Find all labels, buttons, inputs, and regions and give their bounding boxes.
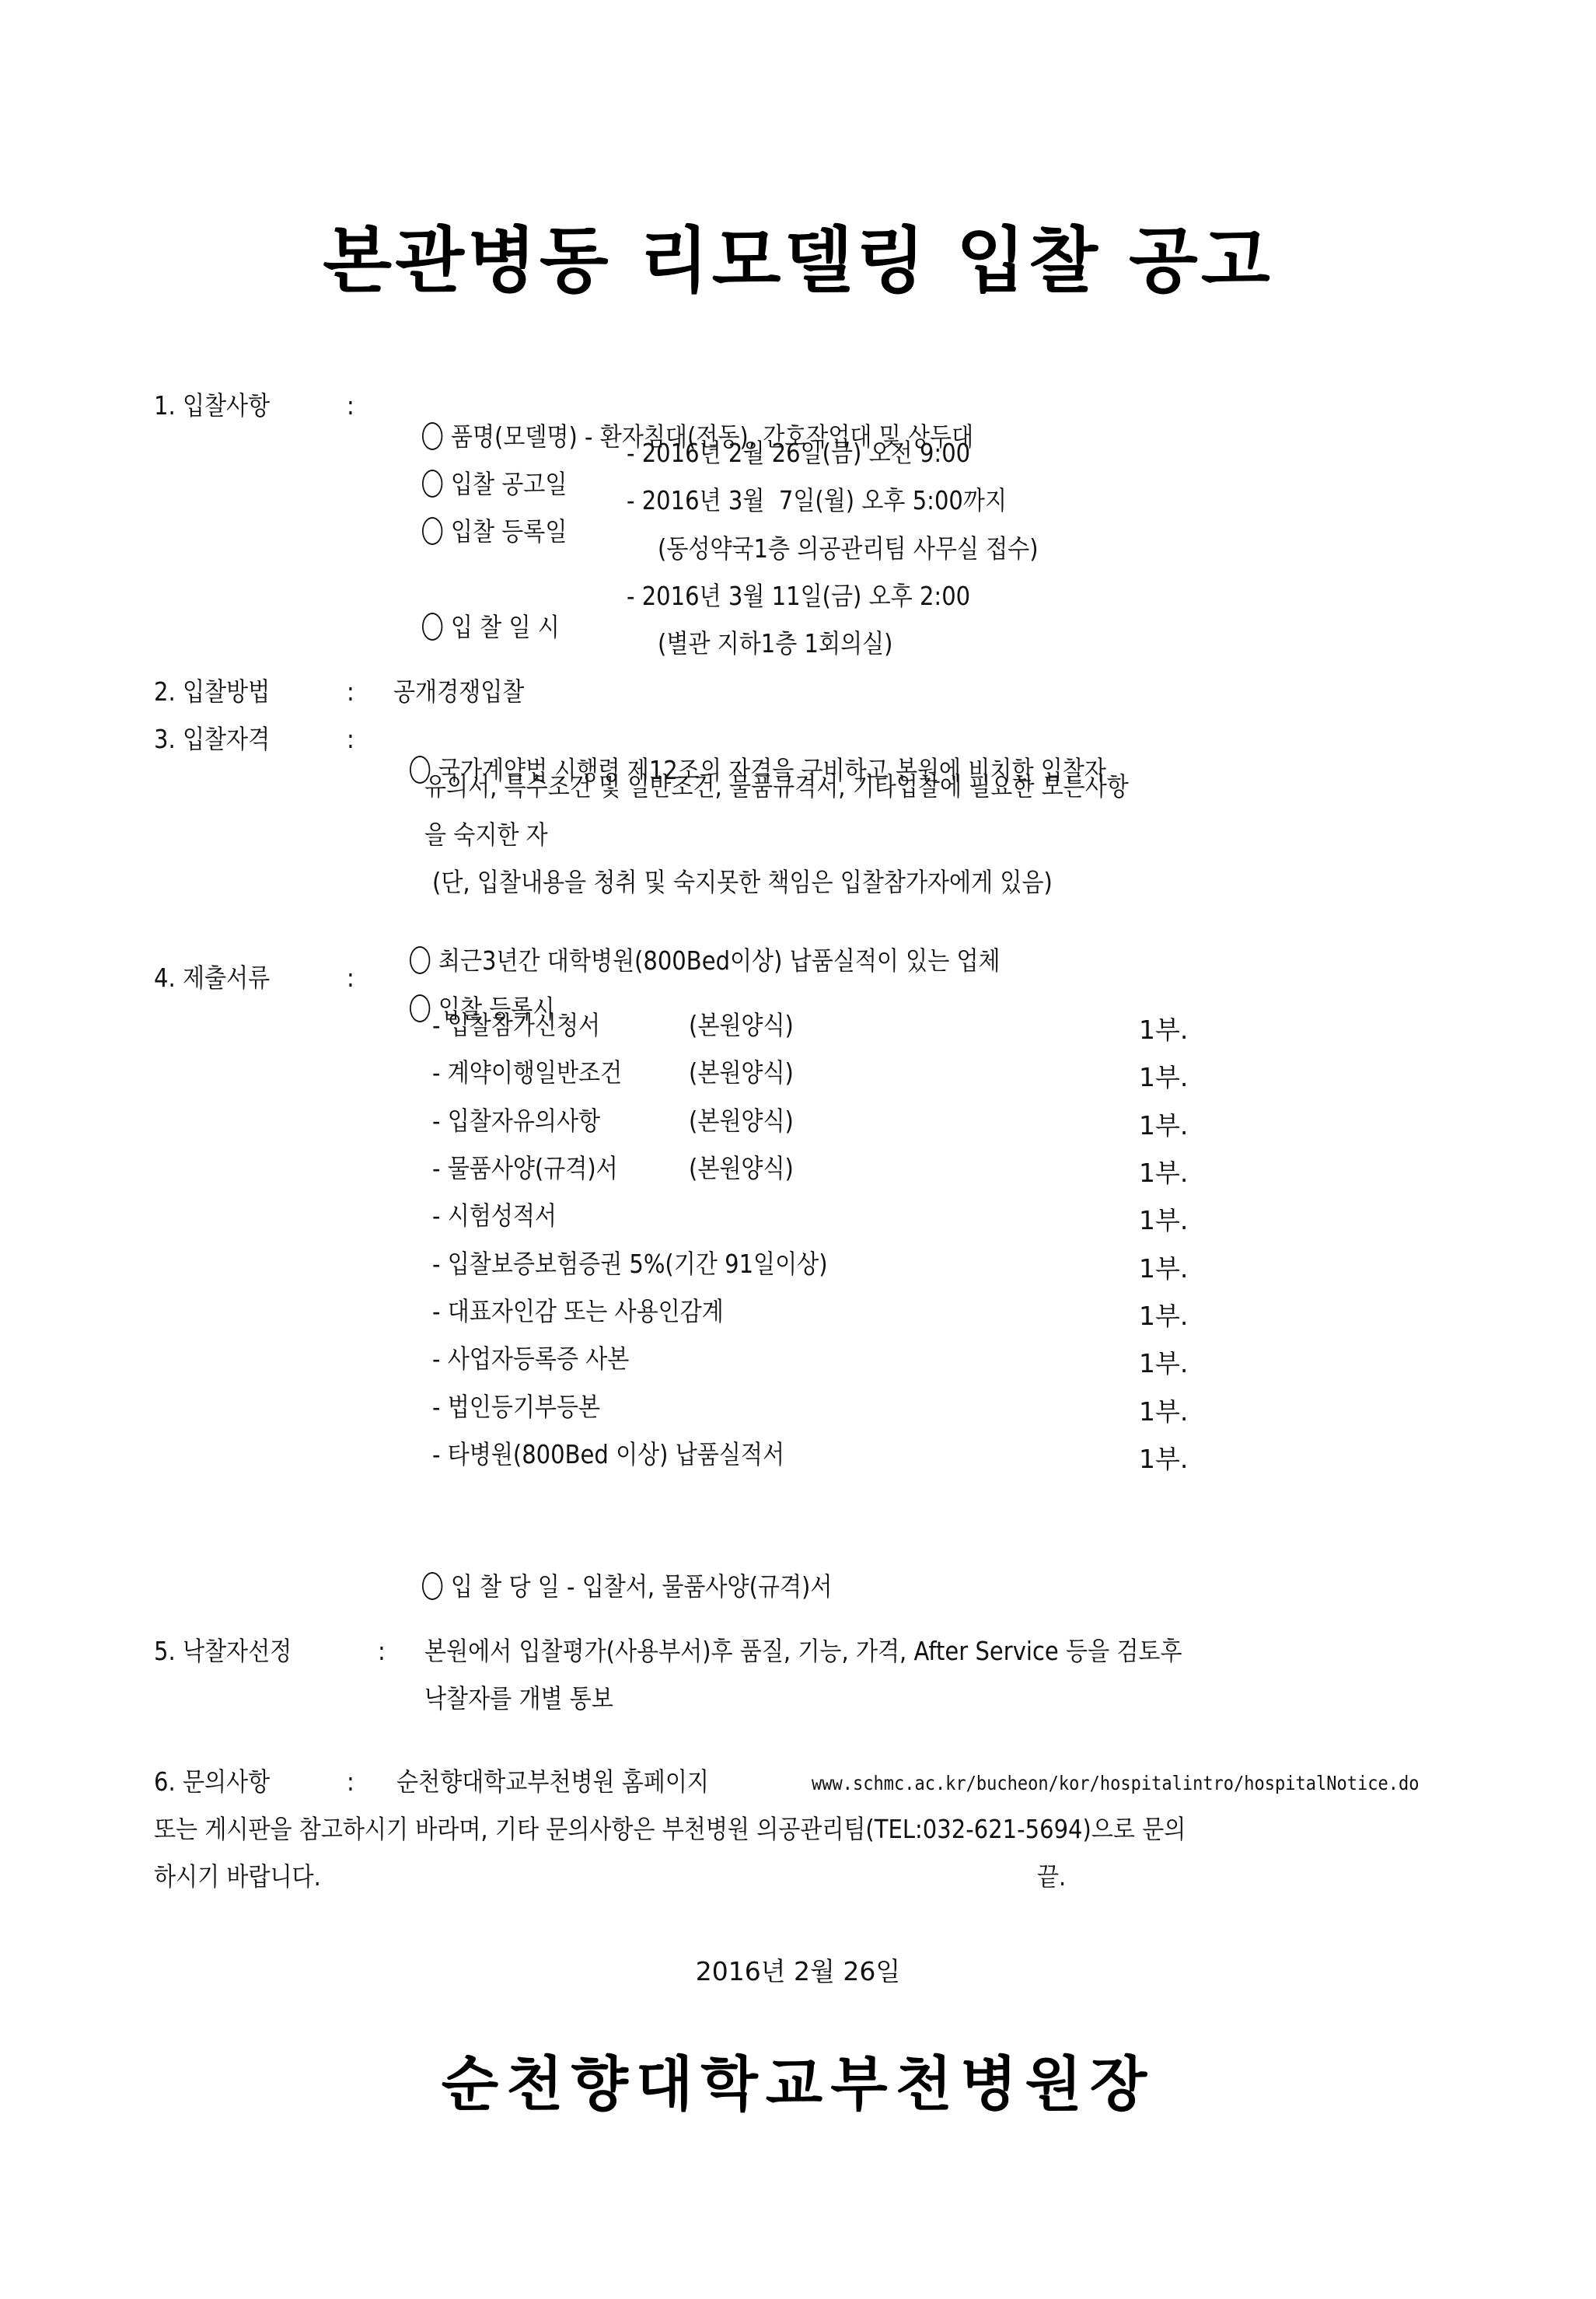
document-name: - 계약이행일반조건	[432, 1057, 622, 1088]
item-value: - 2016년 3월 11일(금) 오후 2:00	[627, 581, 970, 612]
document-copies: 1부.	[1139, 1249, 1188, 1285]
circle-bullet-icon	[422, 1572, 442, 1600]
document-form: (본원양식)	[689, 1153, 794, 1184]
document-copies: 1부.	[1139, 1343, 1188, 1380]
registration-header: 입찰 등록시	[381, 963, 554, 1056]
item-value: - 2016년 2월 26일(금) 오전 9:00	[627, 438, 970, 469]
item-name: 입찰 등록일	[451, 516, 568, 547]
section-4-colon: :	[347, 963, 354, 994]
signature: 순천향대학교부천병원장	[0, 2037, 1596, 2122]
inquiry-lead: 순천향대학교부천병원 홈페이지	[396, 1766, 709, 1798]
document-name: - 입찰자유의사항	[432, 1106, 600, 1137]
selection-line: 낙찰자를 개별 통보	[424, 1683, 613, 1714]
document-name: - 입찰참가신청서	[432, 1010, 600, 1041]
circle-bullet-icon	[422, 613, 442, 641]
item-note: (동성약국1층 의공관리팀 사무실 접수)	[658, 533, 1039, 564]
notice-page: 본관병동 리모델링 입찰 공고 1. 입찰사항 : 품명(모델명) - 환자침대…	[0, 0, 1596, 2299]
document-copies: 1부.	[1139, 1439, 1188, 1476]
bid-method-value: 공개경쟁입찰	[393, 676, 524, 708]
qualification-line: 유의서, 특수조건 및 일반조건, 물품규격서, 기타입찰에 필요한 모든사항	[424, 771, 1129, 802]
homepage-link[interactable]: www.schmc.ac.kr/bucheon/kor/hospitalintr…	[812, 1768, 1419, 1799]
circle-bullet-icon	[410, 994, 430, 1022]
document-copies: 1부.	[1139, 1153, 1188, 1190]
section-4-label: 4. 제출서류	[154, 963, 270, 994]
page-title: 본관병동 리모델링 입찰 공고	[0, 204, 1596, 306]
document-copies: 1부.	[1139, 1296, 1188, 1333]
section-5-label: 5. 낙찰자선정	[154, 1636, 292, 1667]
bid-day-documents: 입 찰 당 일 - 입찰서, 물품사양(규격)서	[393, 1540, 832, 1633]
section-1-colon: :	[347, 390, 354, 421]
section-6-colon: :	[347, 1766, 354, 1798]
qualification-line: 을 숙지한 자	[424, 819, 548, 851]
inquiry-line: 하시기 바랍니다.	[154, 1861, 321, 1892]
document-name: - 법인등기부등본	[432, 1392, 600, 1423]
qualification-note: (단, 입찰내용을 청취 및 숙지못한 책임은 입찰참가자에게 있음)	[432, 867, 1053, 898]
selection-line: 본원에서 입찰평가(사용부서)후 품질, 기능, 가격, After Servi…	[424, 1636, 1182, 1667]
document-copies: 1부.	[1139, 1200, 1188, 1237]
document-copies: 1부.	[1139, 1010, 1188, 1046]
section-2-colon: :	[347, 676, 354, 708]
section-3-colon: :	[347, 724, 354, 755]
section-6-label: 6. 문의사항	[154, 1766, 270, 1798]
section-1-label: 1. 입찰사항	[154, 390, 270, 421]
document-form: (본원양식)	[689, 1057, 794, 1088]
document-name: - 대표자인감 또는 사용인감계	[432, 1296, 724, 1327]
document-copies: 1부.	[1139, 1057, 1188, 1094]
inquiry-line: 또는 게시판을 참고하시기 바라며, 기타 문의사항은 부천병원 의공관리팀(T…	[154, 1814, 1186, 1845]
document-name: - 사업자등록증 사본	[432, 1343, 629, 1375]
item-name: 입 찰 일 시	[451, 612, 560, 642]
document-name: - 입찰보증보험증권 5%(기간 91일이상)	[432, 1249, 828, 1280]
qualification-line: 국가계약법 시행령 제12조의 자격을 구비하고 본원에 비치한 입찰자	[381, 724, 1106, 817]
section-5-colon: :	[378, 1636, 386, 1667]
bid-register-row: 입찰 등록일	[393, 485, 567, 578]
document-copies: 1부.	[1139, 1392, 1188, 1428]
notice-date: 2016년 2월 26일	[0, 1951, 1596, 1988]
document-form: (본원양식)	[689, 1010, 794, 1041]
end-mark: 끝.	[1037, 1861, 1066, 1892]
section-2-label: 2. 입찰방법	[154, 676, 270, 708]
bid-datetime-row: 입 찰 일 시	[393, 581, 560, 674]
document-copies: 1부.	[1139, 1106, 1188, 1142]
document-form: (본원양식)	[689, 1106, 794, 1137]
item-value: - 2016년 3월 7일(월) 오후 5:00까지	[627, 485, 1007, 516]
item-note: (별관 지하1층 1회의실)	[658, 628, 893, 659]
document-name: - 시험성적서	[432, 1200, 557, 1232]
section-3-label: 3. 입찰자격	[154, 724, 270, 755]
document-name: - 타병원(800Bed 이상) 납품실적서	[432, 1439, 784, 1470]
circle-bullet-icon	[422, 517, 442, 545]
document-name: - 물품사양(규격)서	[432, 1153, 618, 1184]
